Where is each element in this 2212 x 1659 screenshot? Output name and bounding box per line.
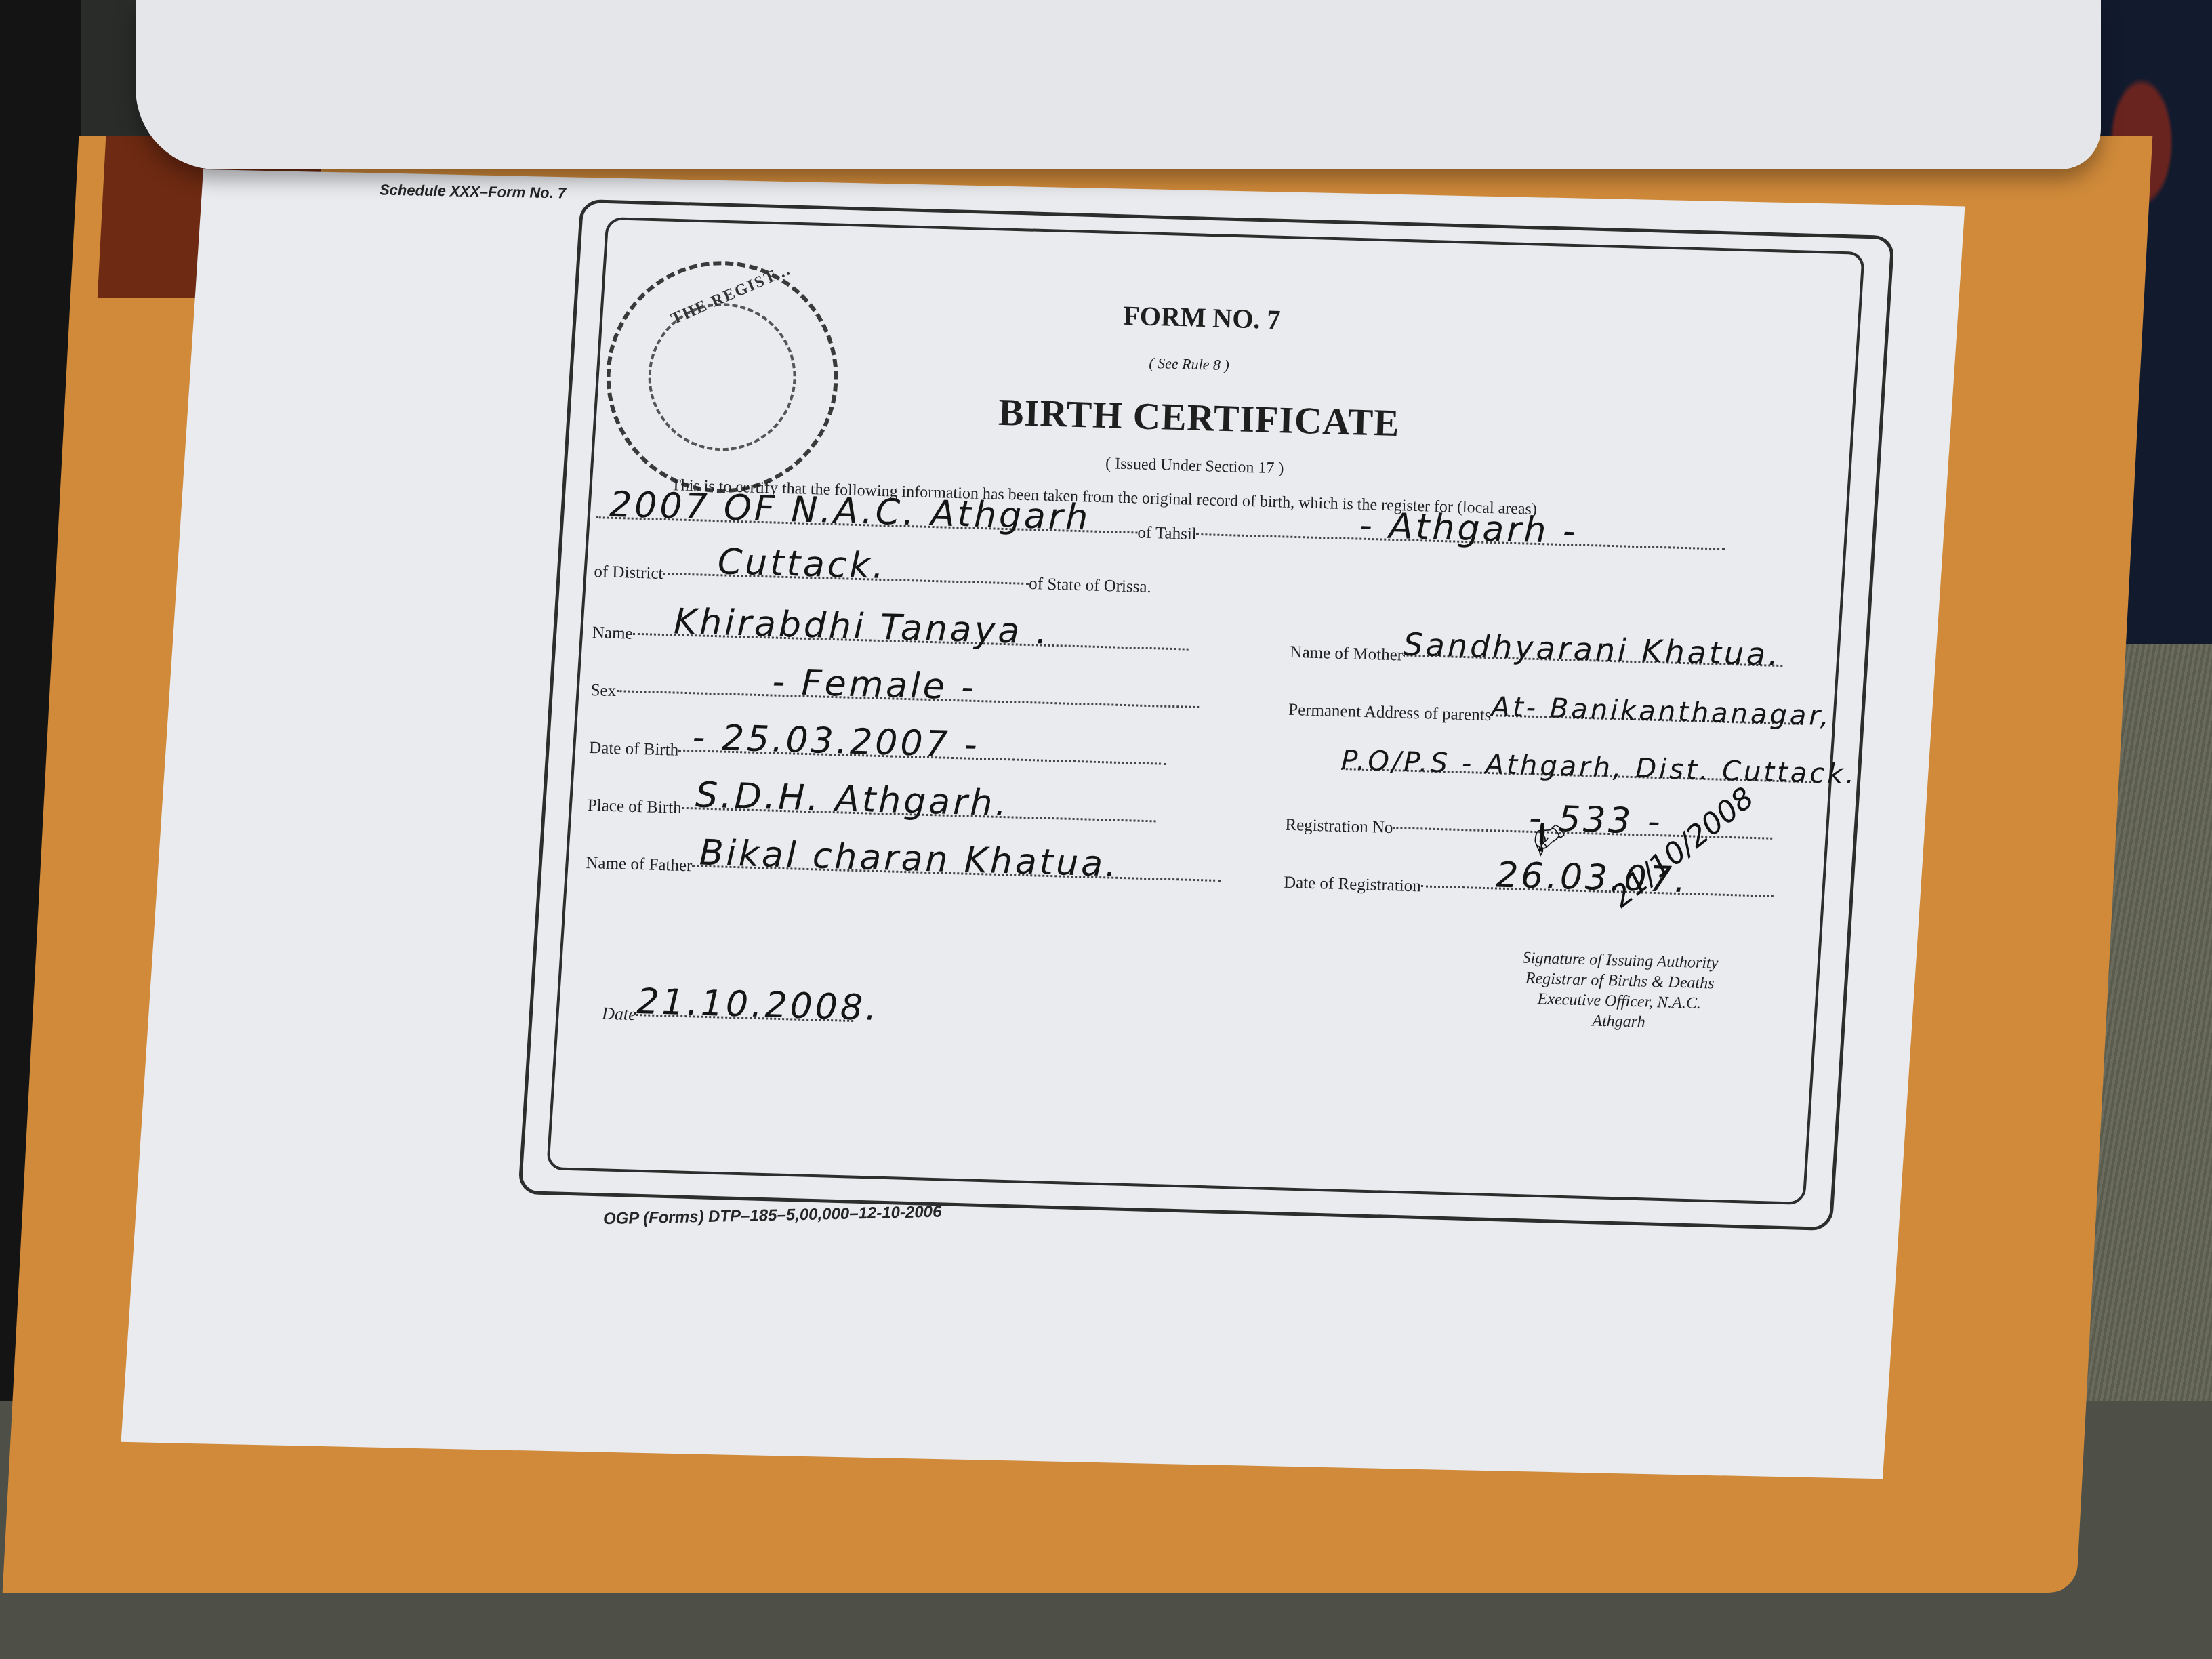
- name-field: Khirabdhi Tanaya .: [632, 625, 1188, 659]
- tahsil-value: - Athgarh -: [1359, 506, 1578, 552]
- place-of-birth-field: S.D.H. Athgarh.: [681, 799, 1156, 832]
- name-of-father-field: Bikal charan Khatua.: [692, 857, 1221, 890]
- schedule-label: Schedule XXX–Form No. 7: [380, 182, 566, 203]
- seal-inner-ring: [647, 301, 798, 453]
- name-of-mother-field: Sandhyarani Khatua.: [1403, 646, 1783, 676]
- signature-block: Signature of Issuing Authority Registrar…: [1476, 947, 1763, 1036]
- district-row: of District Cuttack. of State of Orissa.: [594, 562, 1151, 597]
- permanent-address-line1: At- Banikanthanagar,: [1491, 691, 1832, 732]
- name-of-father-row: Name of Father Bikal charan Khatua.: [586, 854, 1221, 890]
- name-row: Name Khirabdhi Tanaya .: [592, 623, 1189, 659]
- permanent-address-label: Permanent Address of parents: [1288, 701, 1492, 725]
- tahsil-field: - Athgarh -: [1196, 525, 1725, 559]
- date-of-registration-label: Date of Registration: [1284, 874, 1421, 897]
- sex-value: - Female -: [772, 662, 977, 708]
- sex-field: - Female -: [616, 682, 1199, 717]
- place-of-birth-label: Place of Birth: [587, 796, 682, 818]
- name-of-mother-value: Sandhyarani Khatua.: [1403, 626, 1782, 673]
- official-seal-icon: THE REGIST...: [603, 258, 841, 496]
- issue-date-label: Date: [602, 1004, 636, 1025]
- form-number: FORM NO. 7: [1123, 300, 1281, 335]
- date-of-birth-row: Date of Birth - 25.03.2007 -: [589, 739, 1166, 774]
- date-of-birth-field: - 25.03.2007 -: [678, 741, 1167, 774]
- issue-date-field: 21.10.2008.: [636, 1004, 853, 1031]
- name-of-father-label: Name of Father: [586, 854, 693, 876]
- flipped-page: [136, 0, 2101, 169]
- name-of-mother-row: Name of Mother Sandhyarani Khatua.: [1290, 643, 1782, 676]
- sex-label: Sex: [590, 681, 616, 701]
- name-of-mother-label: Name of Mother: [1290, 643, 1403, 665]
- permanent-address-row: Permanent Address of parents At- Banikan…: [1288, 701, 1803, 734]
- certificate-content: THE REGIST... FORM NO. 7 ( See Rule 8 ) …: [571, 244, 1816, 1200]
- district-value: Cuttack.: [717, 541, 887, 587]
- state-label: of State of Orissa.: [1029, 575, 1151, 597]
- district-field: Cuttack.: [663, 565, 1029, 594]
- issue-date-value: 21.10.2008.: [636, 981, 880, 1029]
- tahsil-label: of Tahsil: [1137, 523, 1197, 544]
- date-of-birth-label: Date of Birth: [589, 739, 679, 760]
- certificate-title: BIRTH CERTIFICATE: [998, 391, 1400, 446]
- district-label: of District: [594, 562, 663, 583]
- issue-date-row: Date 21.10.2008.: [602, 1004, 853, 1031]
- permanent-address-line2: P.O/P.S - Athgarh, Dist. Cuttack.: [1341, 745, 1858, 790]
- place-of-birth-row: Place of Birth S.D.H. Athgarh.: [587, 796, 1155, 831]
- name-value: Khirabdhi Tanaya .: [673, 601, 1050, 652]
- permanent-address-field: At- Banikanthanagar,: [1491, 706, 1803, 734]
- registration-no-label: Registration No: [1285, 816, 1393, 838]
- date-of-registration-row: Date of Registration 26.03.07.: [1284, 874, 1774, 906]
- see-rule: ( See Rule 8 ): [1149, 354, 1229, 374]
- date-of-registration-field: 26.03.07.: [1420, 877, 1774, 906]
- date-of-birth-value: - 25.03.2007 -: [692, 717, 981, 766]
- sex-row: Sex - Female -: [590, 681, 1199, 717]
- name-of-father-value: Bikal charan Khatua.: [699, 833, 1120, 885]
- place-of-birth-value: S.D.H. Athgarh.: [695, 775, 1009, 824]
- local-area-field: 2007 OF N.A.C. Athgarh: [595, 508, 1137, 542]
- issued-under: ( Issued Under Section 17 ): [1105, 455, 1284, 478]
- name-label: Name: [592, 623, 633, 644]
